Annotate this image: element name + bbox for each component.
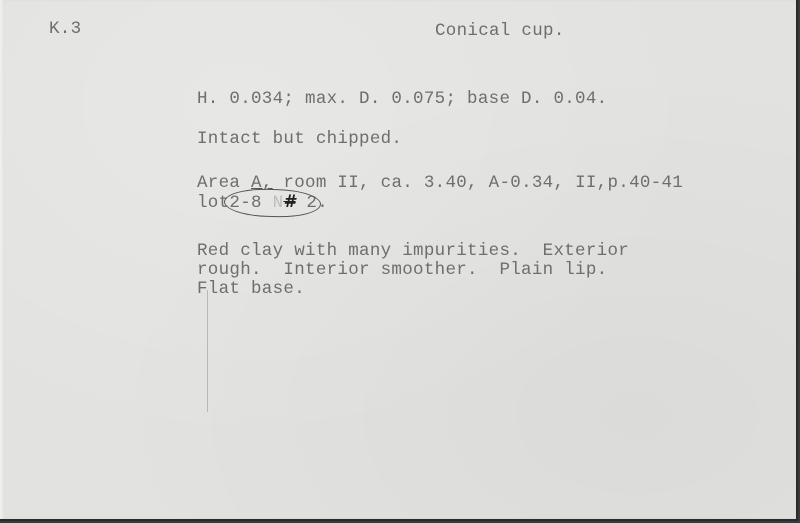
lot-line: lot2-8 N# 2. bbox=[197, 193, 328, 213]
object-title: Conical cup. bbox=[435, 22, 565, 41]
condition-line: Intact but chipped. bbox=[197, 130, 402, 149]
catalog-number: K.3 bbox=[49, 20, 81, 39]
card-left-edge bbox=[0, 0, 4, 519]
margin-rule-line bbox=[207, 290, 208, 412]
lot-number-end: 2 bbox=[296, 193, 318, 213]
index-card: K.3 Conical cup. H. 0.034; max. D. 0.075… bbox=[0, 0, 798, 521]
lot-struck-char: N bbox=[273, 193, 284, 213]
lot-circled-annotation: 2-8 N# 2 bbox=[229, 193, 317, 213]
description-line: Flat base. bbox=[197, 280, 629, 299]
description-block: Red clay with many impurities. Exteriorr… bbox=[197, 242, 629, 299]
lot-number-start: 2-8 bbox=[229, 193, 272, 213]
handwritten-hash-mark: # bbox=[283, 193, 295, 212]
description-line: rough. Interior smoother. Plain lip. bbox=[197, 261, 629, 280]
dimensions-line: H. 0.034; max. D. 0.075; base D. 0.04. bbox=[197, 90, 607, 109]
description-line: Red clay with many impurities. Exterior bbox=[197, 242, 629, 261]
findspot-details: room II, ca. 3.40, A-0.34, II,p.40-41 bbox=[273, 173, 683, 193]
